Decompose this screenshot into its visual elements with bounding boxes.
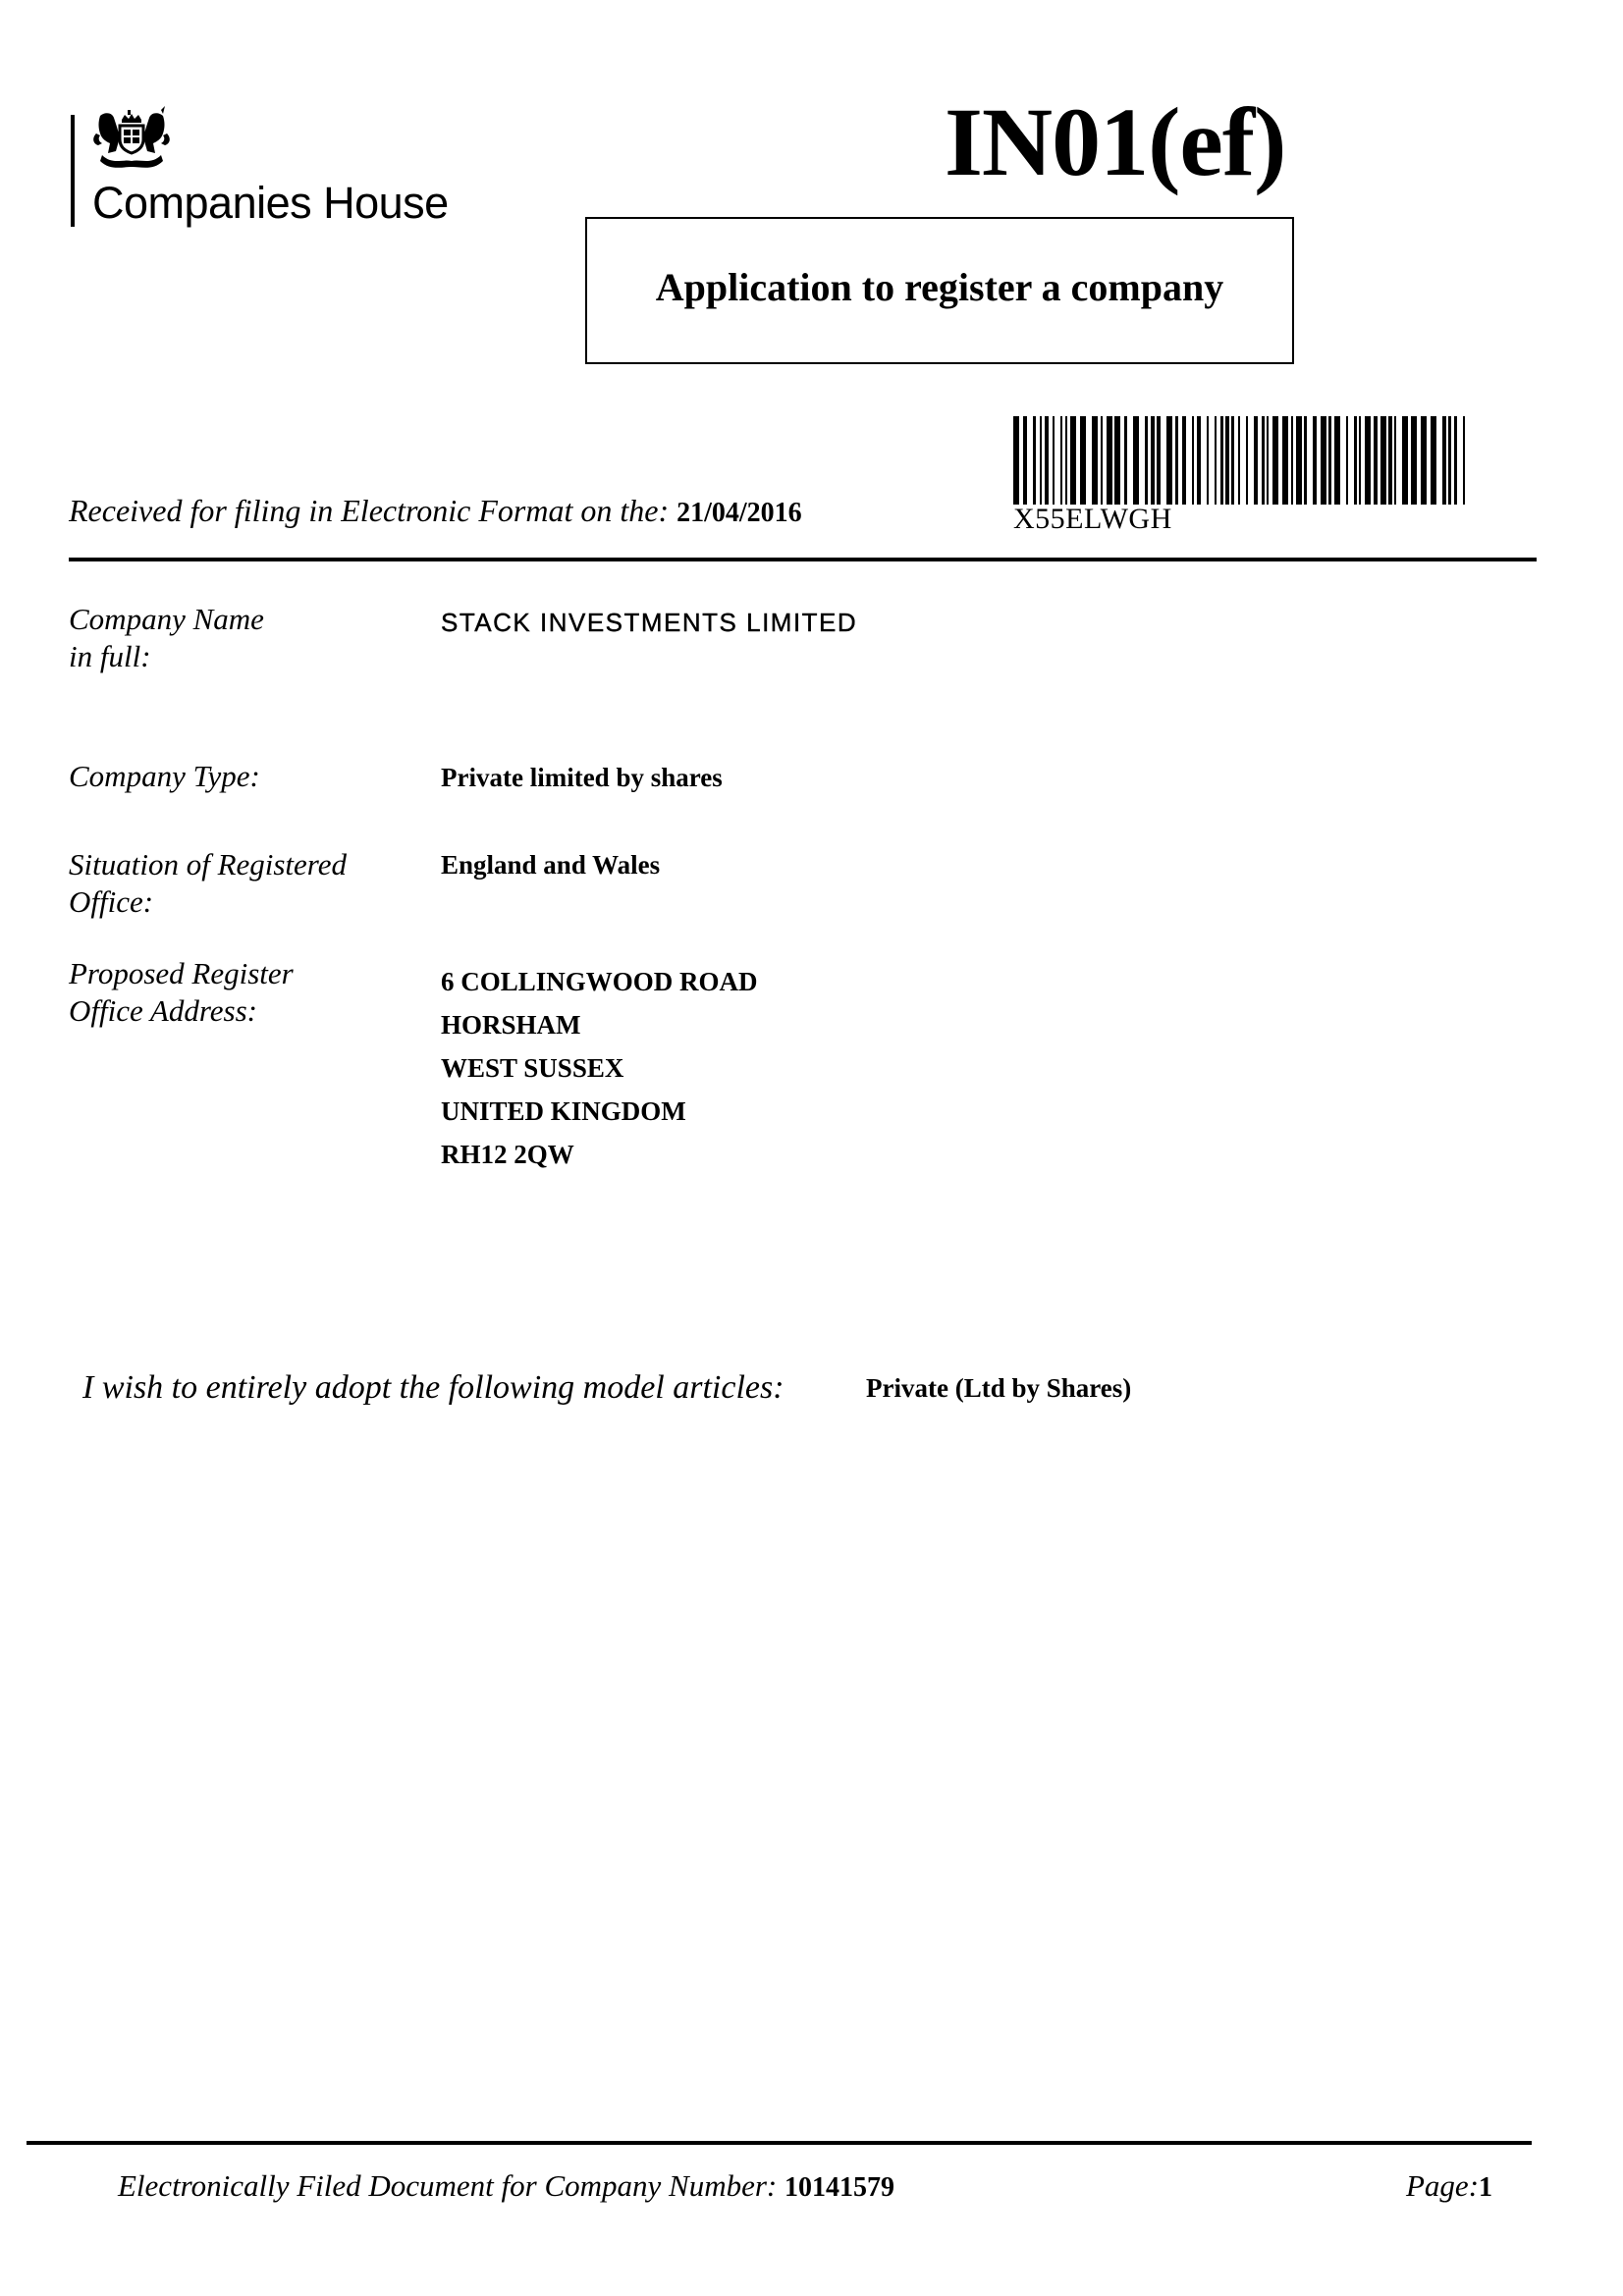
company-name-label-line2: in full: bbox=[69, 638, 264, 675]
received-date: 21/04/2016 bbox=[676, 498, 802, 528]
situation-value: England and Wales bbox=[441, 843, 660, 886]
company-name-label: Company Name in full: bbox=[69, 601, 264, 675]
address-line: HORSHAM bbox=[441, 1003, 758, 1046]
situation-label-line2: Office: bbox=[69, 883, 347, 921]
address-line: UNITED KINGDOM bbox=[441, 1090, 758, 1133]
company-type-value: Private limited by shares bbox=[441, 756, 723, 799]
royal-coat-of-arms-icon bbox=[90, 106, 173, 171]
page-label: Page: bbox=[1406, 2168, 1479, 2203]
barcode bbox=[1013, 416, 1465, 505]
situation-label-line1: Situation of Registered bbox=[69, 846, 347, 883]
address-label-line1: Proposed Register bbox=[69, 955, 294, 992]
company-type-label: Company Type: bbox=[69, 758, 260, 795]
footer-divider bbox=[27, 2141, 1532, 2145]
address-value: 6 COLLINGWOOD ROAD HORSHAM WEST SUSSEX U… bbox=[441, 960, 758, 1176]
footer-page: Page:1 bbox=[1406, 2166, 1492, 2208]
address-label: Proposed Register Office Address: bbox=[69, 955, 294, 1030]
address-line: 6 COLLINGWOOD ROAD bbox=[441, 960, 758, 1003]
footer-company-number: Electronically Filed Document for Compan… bbox=[118, 2166, 894, 2208]
footer-label: Electronically Filed Document for Compan… bbox=[118, 2168, 777, 2203]
situation-label: Situation of Registered Office: bbox=[69, 846, 347, 921]
form-id: IN01(ef) bbox=[945, 93, 1285, 191]
header-divider bbox=[69, 558, 1537, 561]
company-name-value: STACK INVESTMENTS LIMITED bbox=[441, 601, 857, 644]
address-line: RH12 2QW bbox=[441, 1133, 758, 1176]
received-line: Received for filing in Electronic Format… bbox=[69, 491, 802, 533]
logo-divider-bar bbox=[71, 115, 75, 227]
model-articles-label: I wish to entirely adopt the following m… bbox=[82, 1367, 784, 1409]
address-line: WEST SUSSEX bbox=[441, 1046, 758, 1090]
companies-house-logo-text: Companies House bbox=[92, 179, 449, 228]
page-number: 1 bbox=[1479, 2172, 1492, 2203]
form-title: Application to register a company bbox=[587, 266, 1292, 309]
model-articles-value: Private (Ltd by Shares) bbox=[866, 1370, 1131, 1406]
company-name-label-line1: Company Name bbox=[69, 601, 264, 638]
form-title-box: Application to register a company bbox=[585, 217, 1294, 364]
barcode-code: X55ELWGH bbox=[1013, 503, 1172, 536]
received-label: Received for filing in Electronic Format… bbox=[69, 493, 669, 528]
company-number: 10141579 bbox=[784, 2172, 894, 2203]
address-label-line2: Office Address: bbox=[69, 992, 294, 1030]
